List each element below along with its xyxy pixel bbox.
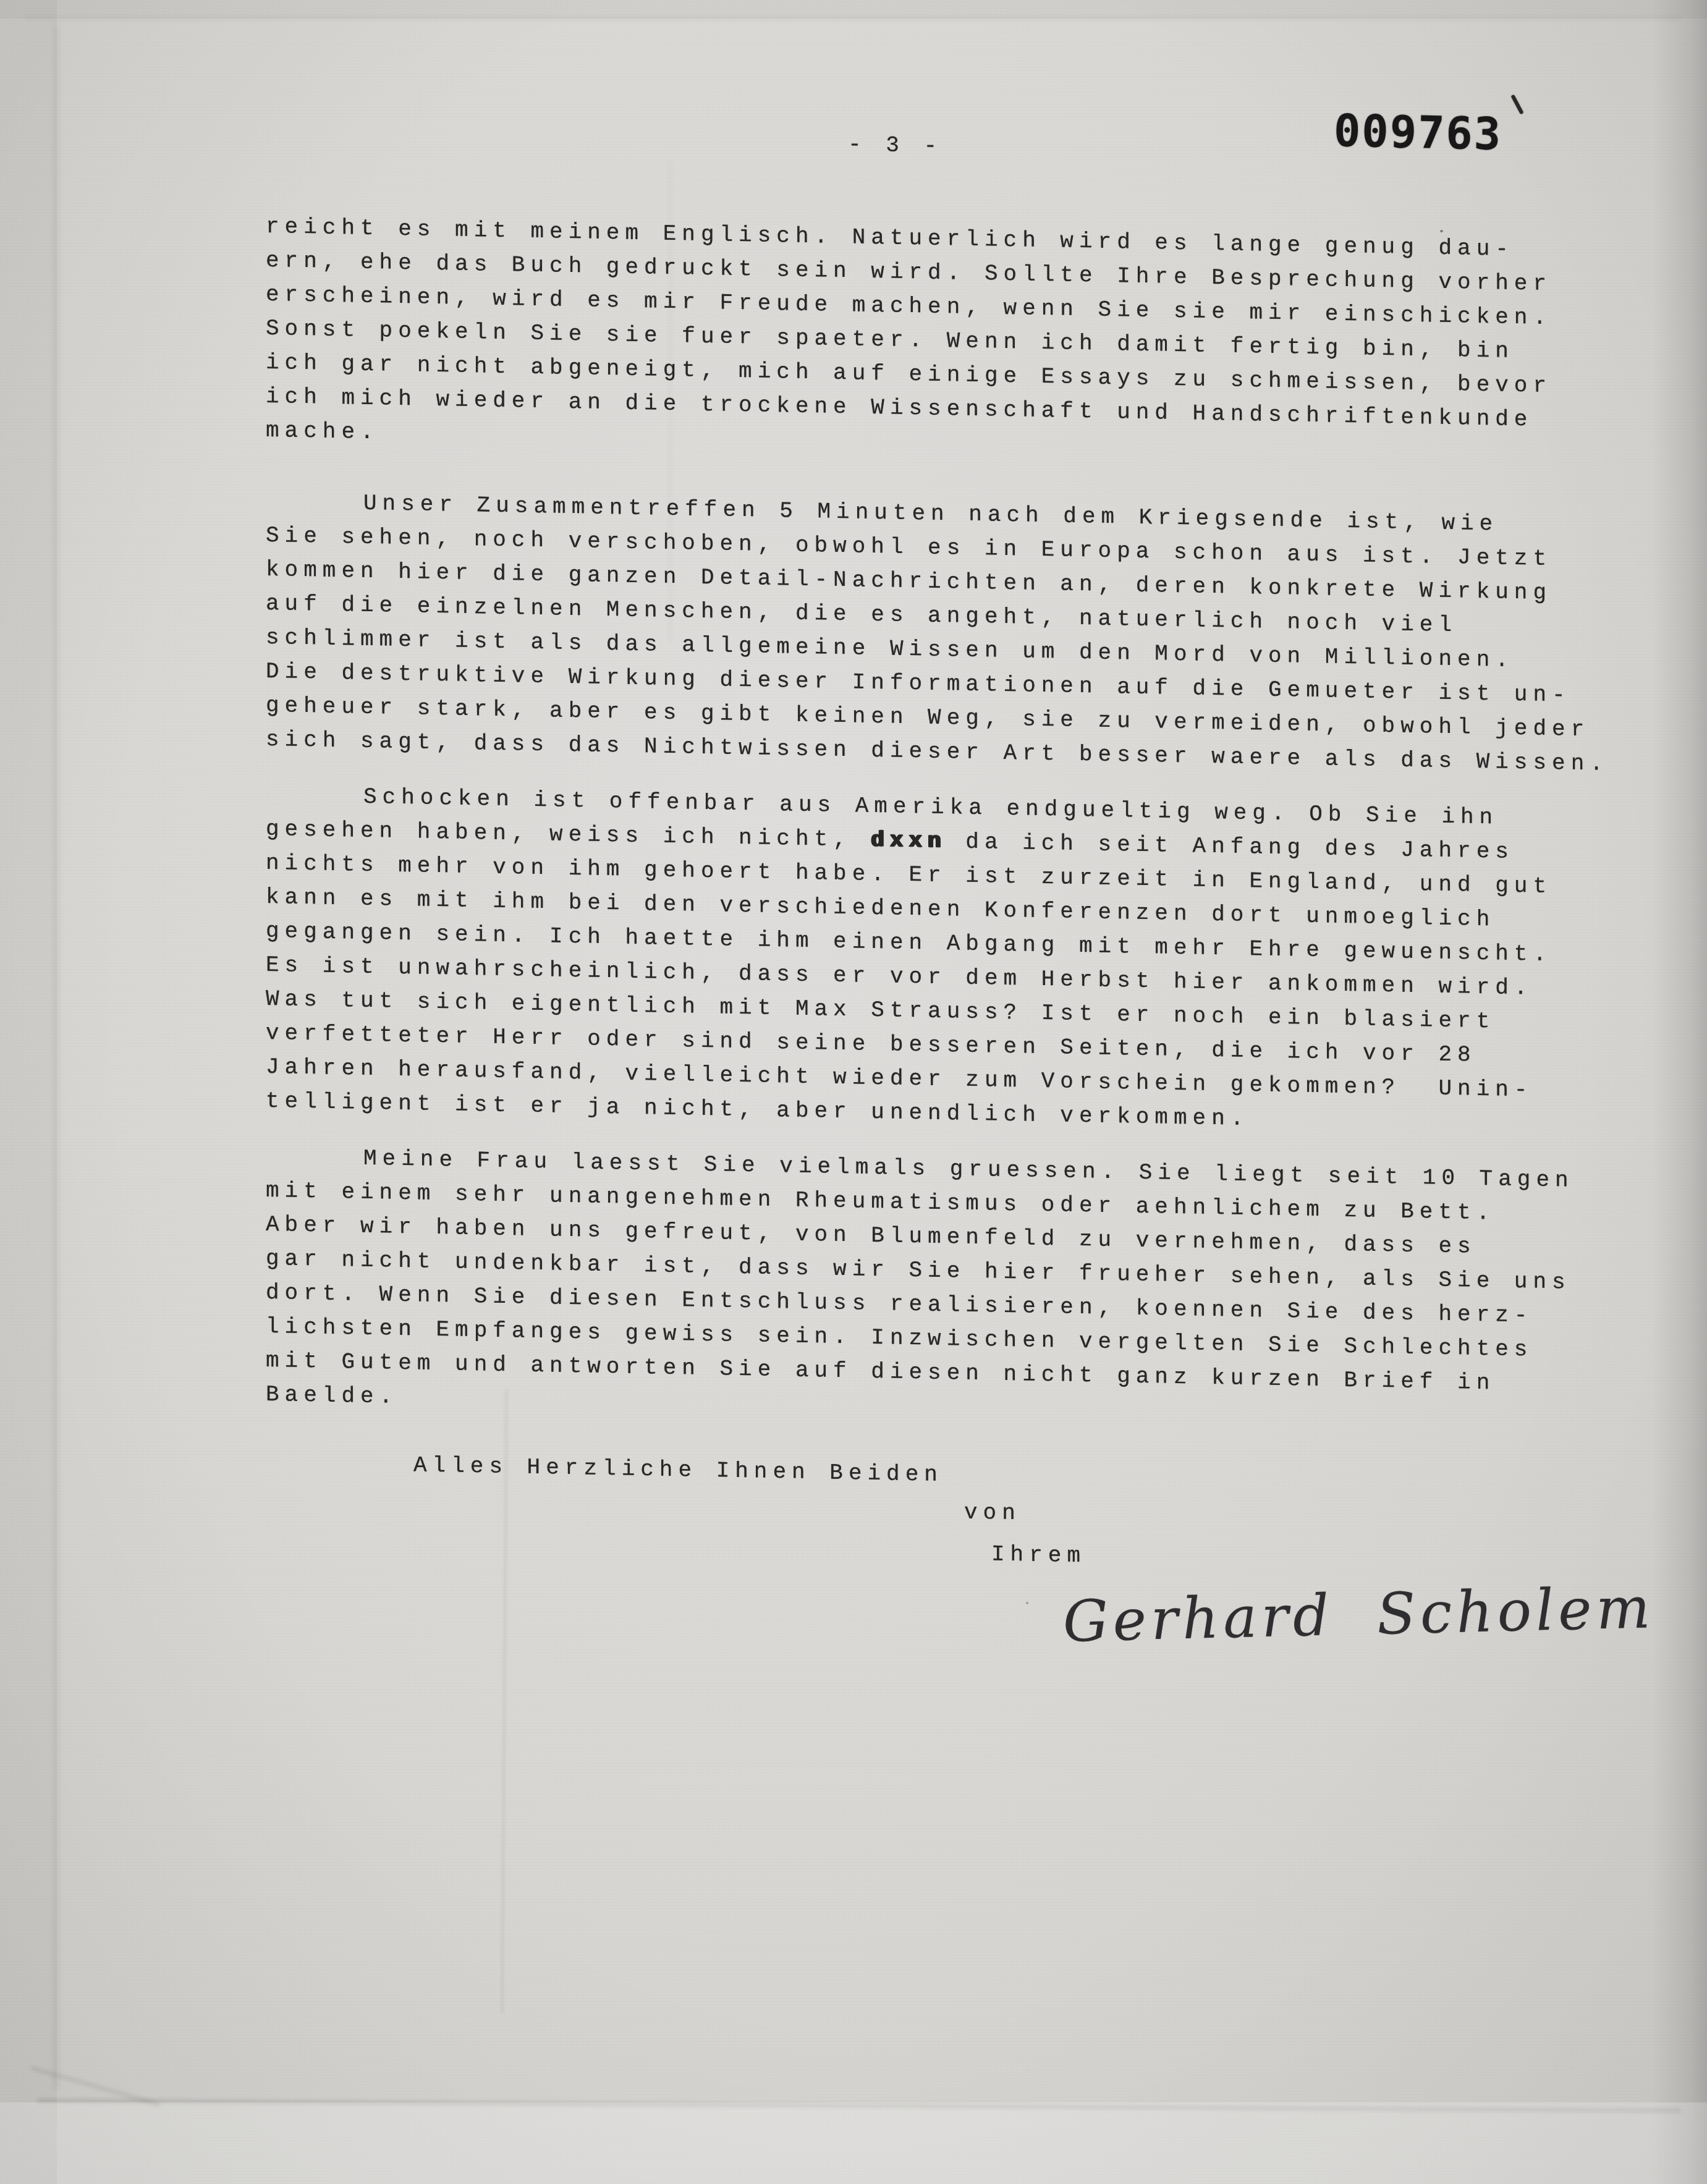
scanned-letter-page: 009763 - 3 - reicht es mit meinem Englis…: [0, 0, 1707, 2184]
pen-tick-mark: [1510, 95, 1523, 115]
closing-word-ihrem: Ihrem: [991, 1538, 1625, 1583]
paragraph-2: Unser Zusammentreffen 5 Minuten nach dem…: [266, 485, 1625, 781]
paper-edge-right-band: [1651, 0, 1707, 2184]
struck-out-word: dxxn: [871, 827, 946, 854]
strikeout-text-after: da ich seit Anfang des Jahres: [947, 829, 1514, 865]
paper-edge-left-band: [0, 0, 57, 2184]
paragraph-1: reicht es mit meinem Englisch. Natuerlic…: [266, 210, 1625, 472]
handwritten-signature: Gerhard Scholem: [1062, 1575, 1627, 1654]
paper-edge-top-band: [0, 0, 1707, 19]
page-number: - 3 -: [848, 131, 1625, 172]
paragraph-3-rest: nichts mehr von ihm gehoert habe. Er ist…: [266, 846, 1625, 1143]
paragraph-3: Schocken ist offenbar aus Amerika endgue…: [266, 778, 1625, 1143]
paragraph-4: Meine Frau laesst Sie vielmals gruessen.…: [266, 1140, 1625, 1436]
scanner-bed-bottom: [0, 2102, 1707, 2184]
paper-edge-left-line: [54, 25, 58, 2089]
letter-body: - 3 - reicht es mit meinem Englisch. Nat…: [266, 121, 1625, 1665]
paper-edge-top-line: [25, 17, 1681, 20]
closing-block: Alles Herzliche Ihnen Beiden von Ihrem G…: [266, 1445, 1625, 1665]
